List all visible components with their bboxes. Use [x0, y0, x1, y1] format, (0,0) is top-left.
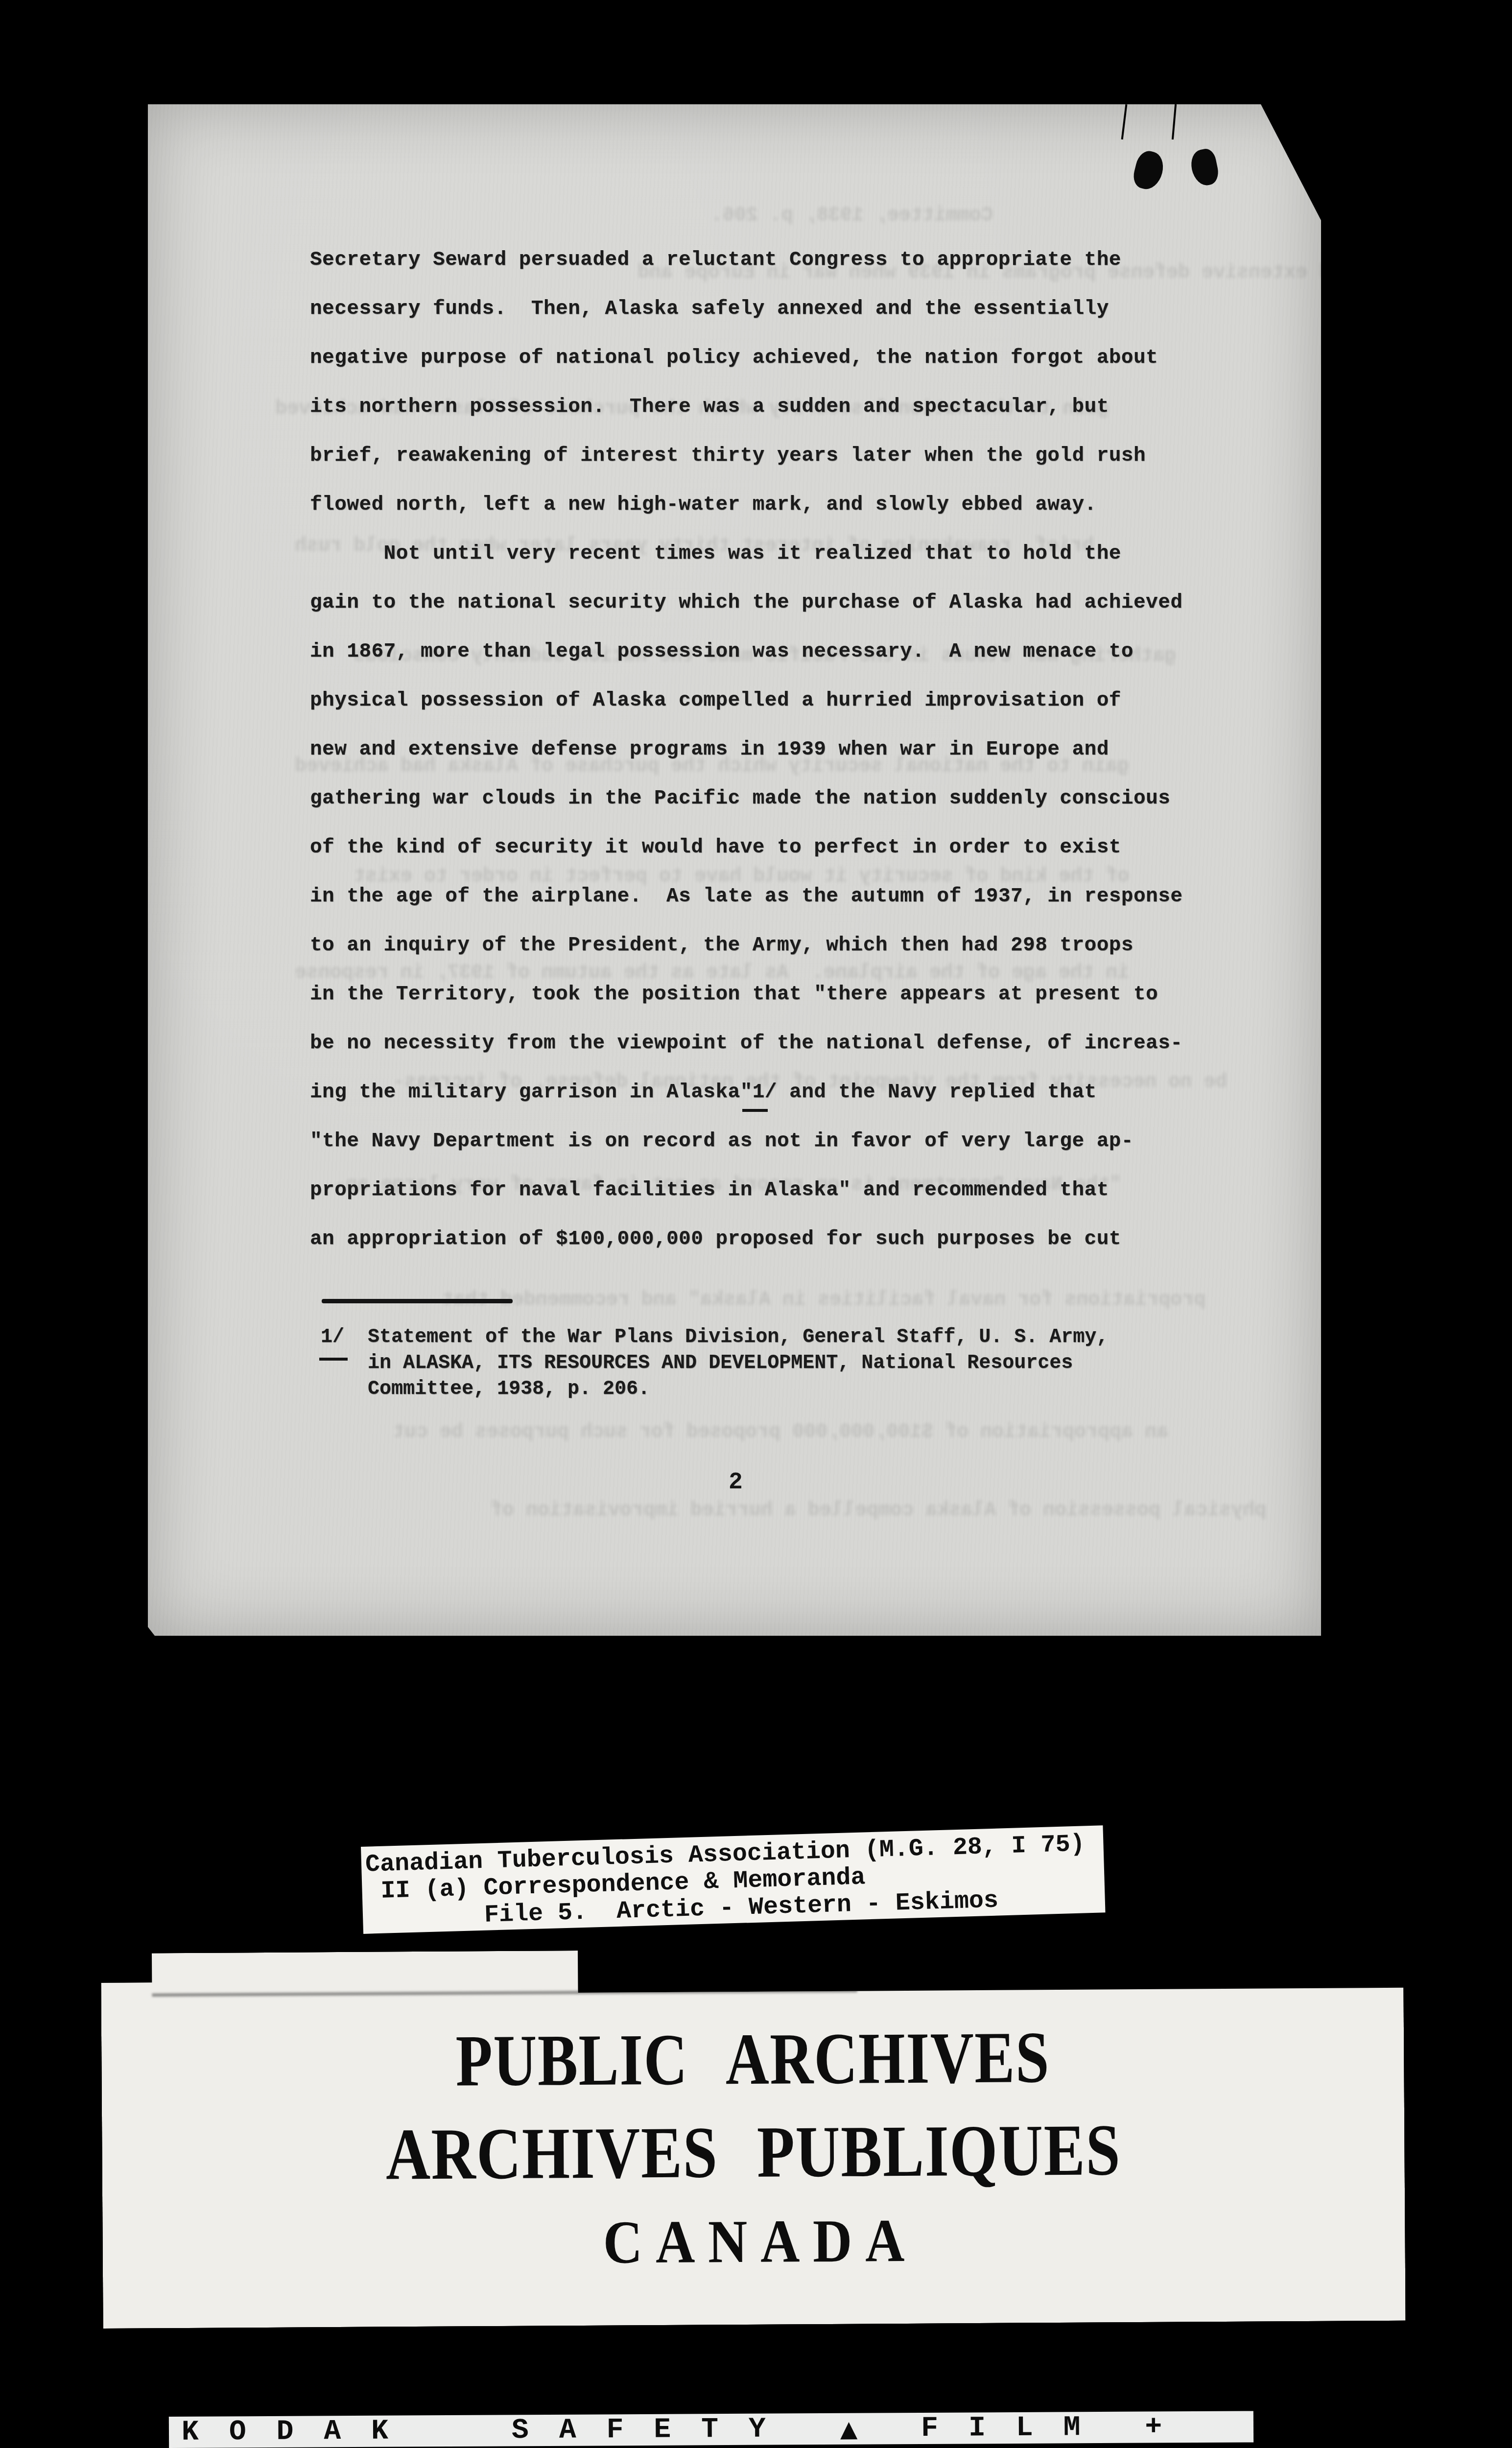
- bleed-through-line: propriations for naval facilities in Ala…: [442, 1289, 1205, 1311]
- ink-blob: [1188, 147, 1221, 188]
- microfilm-frame: Committee, 1938, p. 206. new and extensi…: [0, 0, 1512, 2448]
- paper-tear: [1121, 104, 1128, 140]
- film-marker-plus-icon: +: [1145, 2411, 1162, 2443]
- card-crease-shadow: [152, 1989, 857, 1997]
- footnote: 1/ Statement of the War Plans Division, …: [321, 1324, 1108, 1402]
- footnote-ref-underline: [742, 1109, 768, 1112]
- page-number: 2: [729, 1469, 743, 1496]
- bleed-through-line: Committee, 1938, p. 206.: [711, 205, 1040, 227]
- public-archives-card: PUBLIC ARCHIVES ARCHIVES PUBLIQUES CANAD…: [101, 1946, 1406, 2329]
- ink-blob: [1131, 148, 1166, 192]
- archives-publiques-title: ARCHIVES PUBLIQUES: [206, 2107, 1300, 2198]
- document-page: Committee, 1938, p. 206. new and extensi…: [148, 104, 1321, 1636]
- kodak-film-strip: KODAK SAFETY ▲ FILM +: [169, 2411, 1253, 2448]
- kodak-film-text: FILM: [921, 2411, 1111, 2444]
- kodak-brand-text: KODAK: [182, 2415, 419, 2448]
- archival-label-card: Canadian Tuberculosis Association (M.G. …: [361, 1825, 1105, 1934]
- footnote-marker-underline: [319, 1358, 348, 1361]
- footnote-separator-rule: [322, 1299, 513, 1303]
- bleed-through-line: physical possession of Alaska compelled …: [491, 1500, 1266, 1522]
- canada-title: CANADA: [174, 2204, 1334, 2281]
- paper-tear: [1172, 104, 1177, 140]
- kodak-safety-text: SAFETY: [512, 2413, 796, 2447]
- bleed-through-line: an appropriation of $100,000,000 propose…: [393, 1421, 1168, 1443]
- archival-label-text: Canadian Tuberculosis Association (M.G. …: [365, 1831, 1087, 1932]
- public-archives-title: PUBLIC ARCHIVES: [218, 2014, 1287, 2104]
- film-marker-triangle-icon: ▲: [840, 2413, 858, 2445]
